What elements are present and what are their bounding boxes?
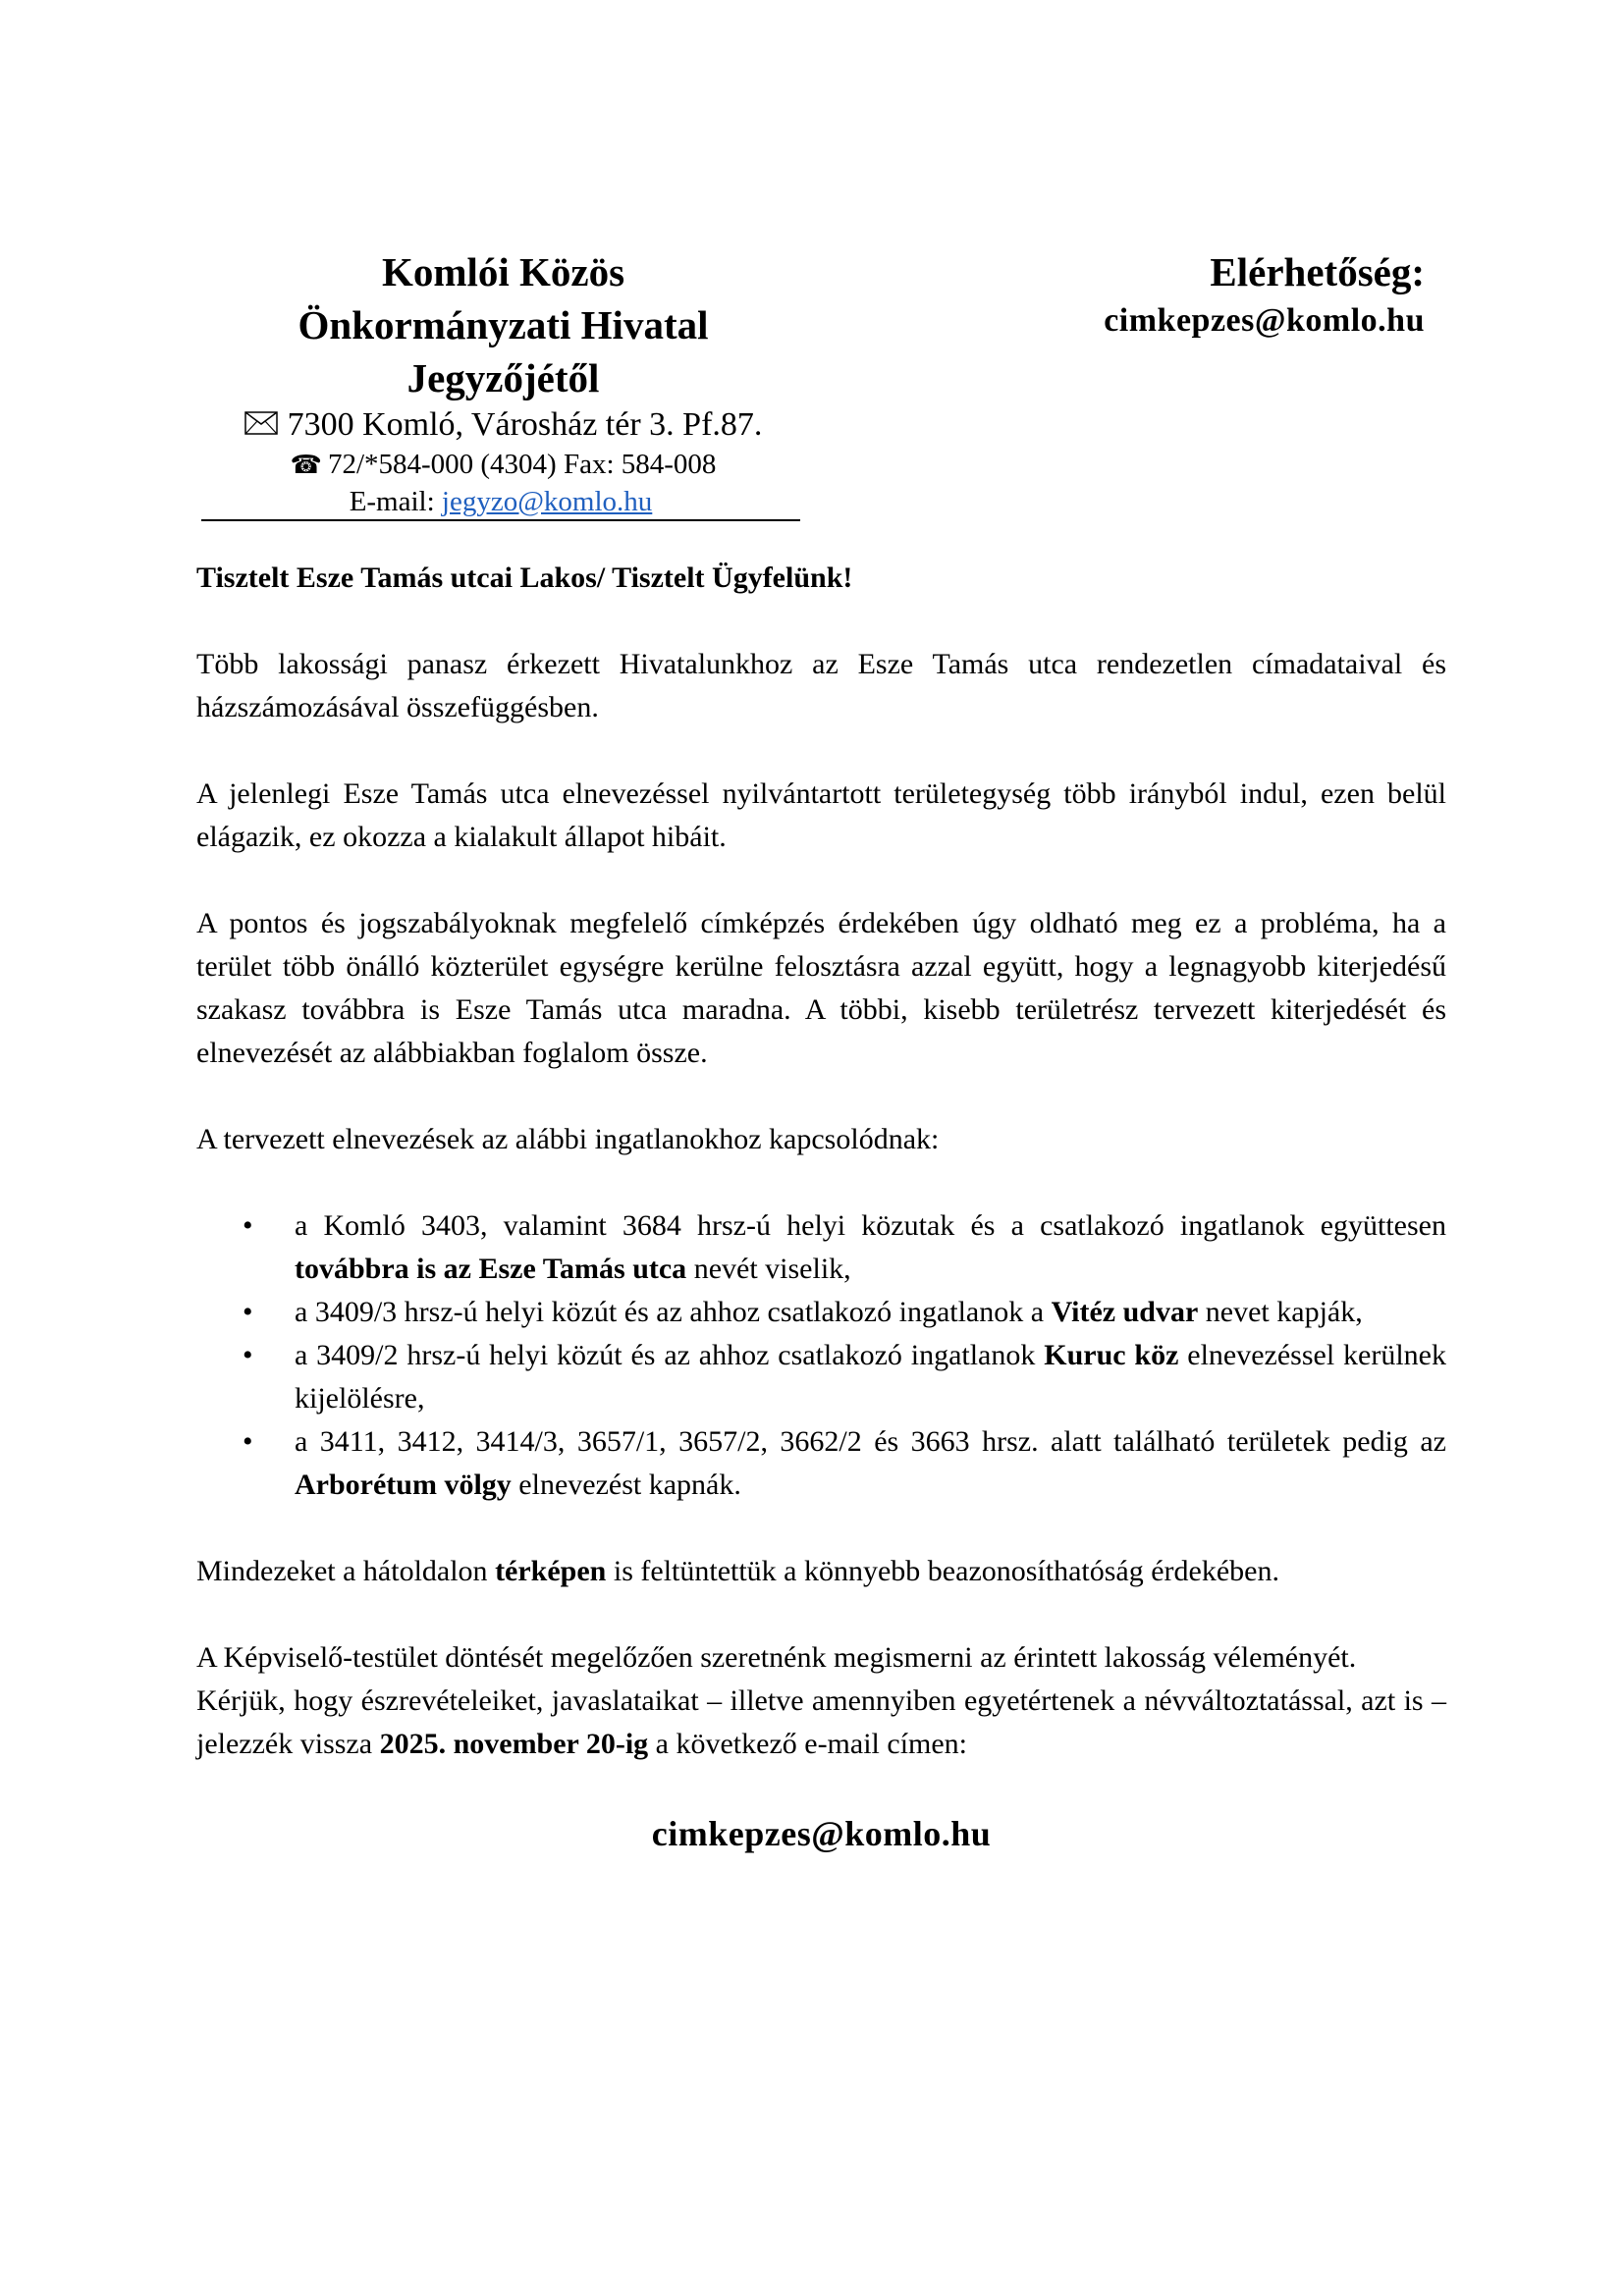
paragraph-complaints: Több lakossági panasz érkezett Hivatalun… — [196, 643, 1446, 729]
office-name-line-3: Jegyzőjétől — [196, 351, 810, 404]
reply-email: cimkepzes@komlo.hu — [196, 1809, 1446, 1858]
phone-text: 72/*584-000 (4304) Fax: 584-008 — [328, 449, 717, 480]
letter-body: Tisztelt Esze Tamás utcai Lakos/ Tisztel… — [196, 557, 1446, 1858]
list-item: a 3411, 3412, 3414/3, 3657/1, 3657/2, 36… — [295, 1420, 1446, 1507]
address-text: 7300 Komló, Városház tér 3. Pf.87. — [288, 406, 763, 443]
office-email-link[interactable]: jegyzo@komlo.hu — [442, 486, 652, 517]
naming-list: a Komló 3403, valamint 3684 hrsz-ú helyi… — [196, 1204, 1446, 1507]
document-page: Komlói Közös Önkormányzati Hivatal Jegyz… — [0, 0, 1624, 2296]
phone-line: ☎72/*584-000 (4304) Fax: 584-008 — [196, 446, 810, 484]
letterhead: Komlói Közös Önkormányzati Hivatal Jegyz… — [196, 245, 810, 521]
email-label: E-mail: — [350, 486, 442, 517]
postal-address: 7300 Komló, Városház tér 3. Pf.87. — [196, 404, 810, 446]
salutation: Tisztelt Esze Tamás utcai Lakos/ Tisztel… — [196, 557, 1446, 600]
email-line: E-mail: jegyzo@komlo.hu — [201, 484, 800, 521]
paragraph-map-note: Mindezeket a hátoldalon térképen is felt… — [196, 1550, 1446, 1593]
paragraph-solution: A pontos és jogszabályoknak megfelelő cí… — [196, 902, 1446, 1075]
contact-email: cimkepzes@komlo.hu — [1104, 298, 1425, 344]
paragraph-opinion: A Képviselő-testület döntését megelőzően… — [196, 1636, 1446, 1680]
contact-title: Elérhetőség: — [1104, 245, 1425, 298]
office-name-line-2: Önkormányzati Hivatal — [196, 298, 810, 351]
office-name-line-1: Komlói Közös — [196, 245, 810, 298]
list-item: a 3409/3 hrsz-ú helyi közút és az ahhoz … — [295, 1291, 1446, 1334]
envelope-icon — [244, 411, 278, 435]
list-item: a Komló 3403, valamint 3684 hrsz-ú helyi… — [295, 1204, 1446, 1291]
paragraph-request: Kérjük, hogy észrevételeiket, javaslatai… — [196, 1680, 1446, 1766]
paragraph-list-intro: A tervezett elnevezések az alábbi ingatl… — [196, 1118, 1446, 1161]
paragraph-current-state: A jelenlegi Esze Tamás utca elnevezéssel… — [196, 773, 1446, 859]
telephone-icon: ☎ — [291, 447, 322, 484]
contact-block: Elérhetőség: cimkepzes@komlo.hu — [1104, 245, 1425, 344]
list-item: a 3409/2 hrsz-ú helyi közút és az ahhoz … — [295, 1334, 1446, 1420]
